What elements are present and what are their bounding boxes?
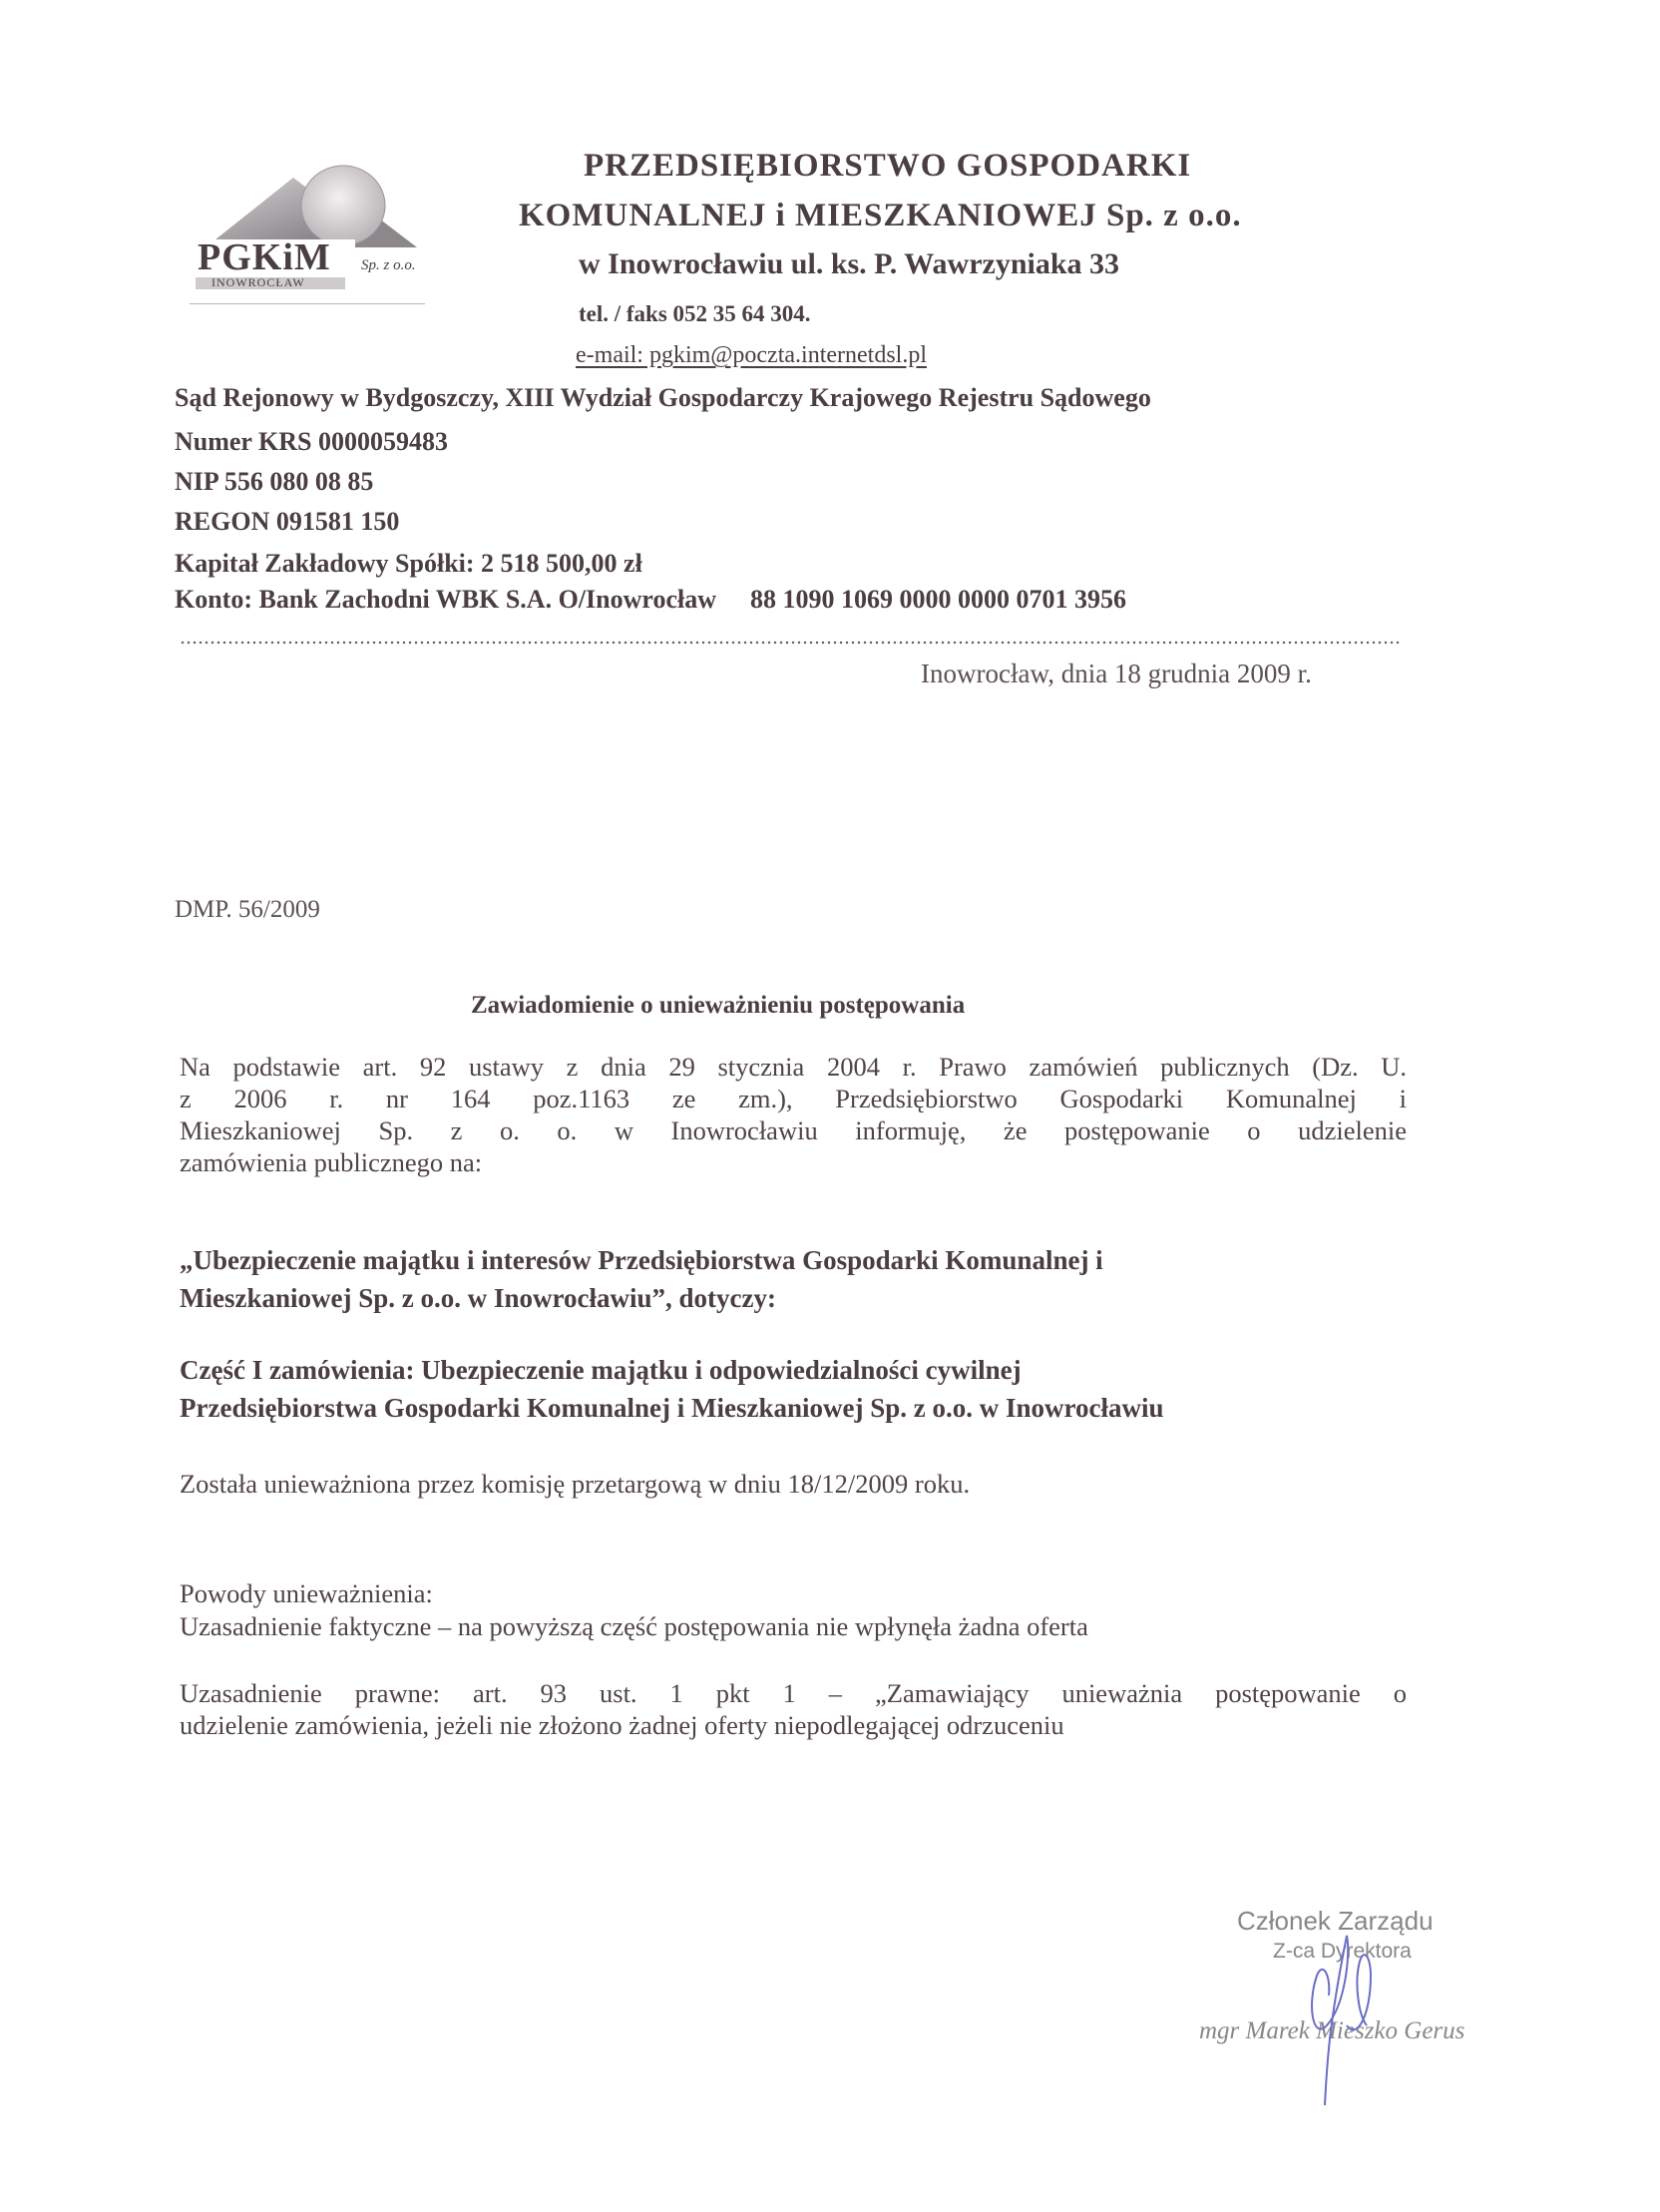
intro-line: Na podstawie art. 92 ustawy z dnia 29 st…: [180, 1051, 1407, 1083]
intro-line: Mieszkaniowej Sp. z o. o. w Inowrocławiu…: [180, 1114, 1407, 1146]
tender-part: Część I zamówienia: Ubezpieczenie majątk…: [180, 1351, 1164, 1427]
bank-name: Konto: Bank Zachodni WBK S.A. O/Inowrocł…: [175, 585, 716, 614]
company-phone: tel. / faks 052 35 64 304.: [579, 301, 811, 327]
intro-line: z 2006 r. nr 164 poz.1163 ze zm.), Przed…: [180, 1083, 1407, 1114]
regon-number: REGON 091581 150: [175, 507, 399, 537]
court-registration: Sąd Rejonowy w Bydgoszczy, XIII Wydział …: [175, 383, 1151, 413]
bank-account-row: Konto: Bank Zachodni WBK S.A. O/Inowrocł…: [175, 585, 1126, 615]
legal-line: udzielenie zamówienia, jeżeli nie złożon…: [180, 1709, 1407, 1741]
company-name-line-1: PRZEDSIĘBIORSTWO GOSPODARKI: [584, 148, 1191, 185]
subject-line: Mieszkaniowej Sp. z o.o. w Inowrocławiu”…: [180, 1279, 1103, 1317]
reference-number: DMP. 56/2009: [175, 896, 320, 924]
part-line: Przedsiębiorstwa Gospodarki Komunalnej i…: [180, 1389, 1164, 1427]
company-address: w Inowrocławiu ul. ks. P. Wawrzyniaka 33: [579, 247, 1119, 281]
share-capital: Kapitał Zakładowy Spółki: 2 518 500,00 z…: [175, 549, 642, 579]
part-line: Część I zamówienia: Ubezpieczenie majątk…: [180, 1351, 1164, 1389]
nip-number: NIP 556 080 08 85: [175, 467, 373, 497]
tender-subject: „Ubezpieczenie majątku i interesów Przed…: [180, 1241, 1103, 1317]
reasons-heading: Powody unieważnienia:: [180, 1578, 433, 1609]
intro-line: zamówienia publicznego na:: [180, 1146, 1407, 1178]
intro-paragraph: Na podstawie art. 92 ustawy z dnia 29 st…: [180, 1051, 1407, 1178]
factual-justification: Uzasadnienie faktyczne – na powyższą czę…: [180, 1611, 1088, 1642]
company-email[interactable]: e-mail: pgkim@poczta.internetdsl.pl: [576, 342, 927, 369]
subject-line: „Ubezpieczenie majątku i interesów Przed…: [180, 1241, 1103, 1279]
company-name-line-2: KOMUNALNEJ i MIESZKANIOWEJ Sp. z o.o.: [519, 198, 1242, 234]
logo-suffix: Sp. z o.o.: [361, 257, 416, 274]
place-and-date: Inowrocław, dnia 18 grudnia 2009 r.: [921, 659, 1312, 689]
account-number: 88 1090 1069 0000 0000 0701 3956: [750, 585, 1126, 614]
company-logo: PGKiM INOWROCŁAW Sp. z o.o.: [186, 150, 425, 309]
dotted-separator: [180, 641, 1402, 645]
cancellation-status: Została unieważniona przez komisję przet…: [180, 1469, 970, 1500]
logo-city: INOWROCŁAW: [211, 275, 305, 290]
handwritten-signature-icon: [1287, 1916, 1407, 2115]
logo-divider: [190, 303, 425, 304]
legal-justification: Uzasadnienie prawne: art. 93 ust. 1 pkt …: [180, 1677, 1407, 1741]
letter-title: Zawiadomienie o unieważnieniu postępowan…: [471, 992, 965, 1020]
legal-line: Uzasadnienie prawne: art. 93 ust. 1 pkt …: [180, 1677, 1407, 1709]
krs-number: Numer KRS 0000059483: [175, 427, 448, 457]
logo-name: PGKiM: [198, 235, 331, 279]
